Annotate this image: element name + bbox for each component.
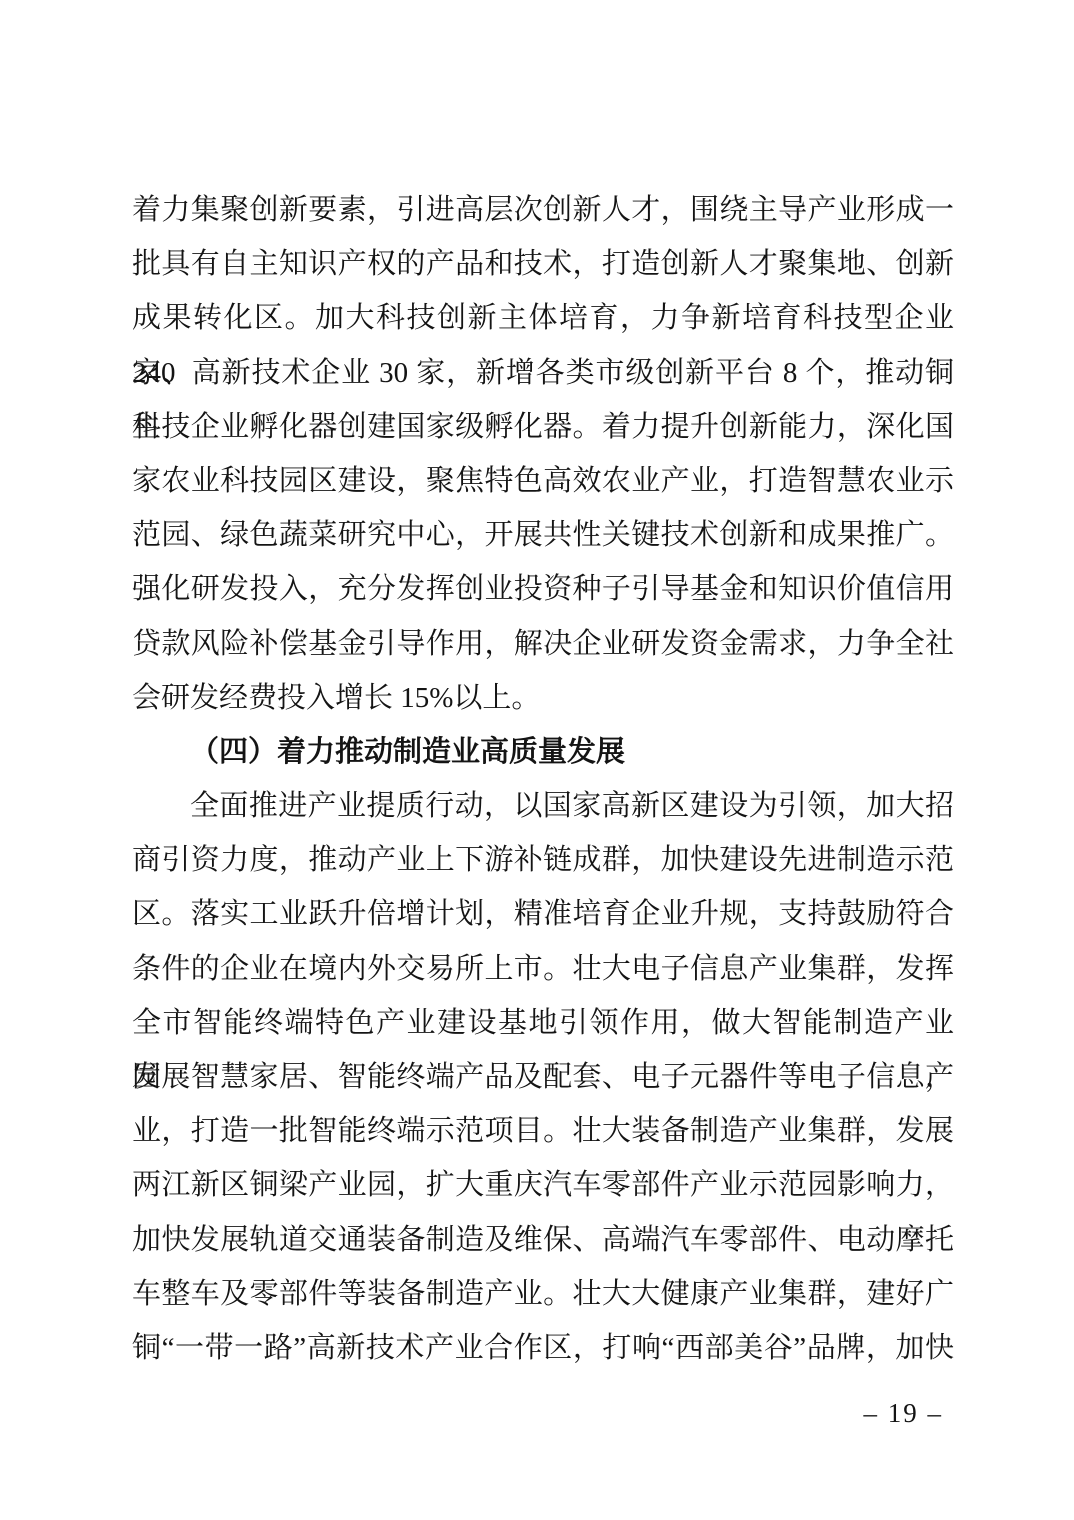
text-line: 着力集聚创新要素，引进高层次创新人才，围绕主导产业形成一 xyxy=(132,183,954,237)
text-line: 成果转化区。加大科技创新主体培育，力争新培育科技型企业 240 xyxy=(132,291,954,345)
text-line: 车整车及零部件等装备制造产业。壮大大健康产业集群，建好广 xyxy=(132,1267,954,1321)
text-line: 会研发经费投入增长 15%以上。 xyxy=(132,671,954,725)
document-page: 着力集聚创新要素，引进高层次创新人才，围绕主导产业形成一批具有自主知识产权的产品… xyxy=(0,0,1074,1520)
text-line: 商引资力度，推动产业上下游补链成群，加快建设先进制造示范 xyxy=(132,833,954,887)
text-line: 批具有自主知识产权的产品和技术，打造创新人才聚集地、创新 xyxy=(132,237,954,291)
text-line: 区。落实工业跃升倍增计划，精准培育企业升规，支持鼓励符合 xyxy=(132,887,954,941)
text-line: 条件的企业在境内外交易所上市。壮大电子信息产业集群，发挥 xyxy=(132,942,954,996)
text-line: 业，打造一批智能终端示范项目。壮大装备制造产业集群，发展 xyxy=(132,1104,954,1158)
text-line: 加快发展轨道交通装备制造及维保、高端汽车零部件、电动摩托 xyxy=(132,1213,954,1267)
text-line: 强化研发投入，充分发挥创业投资种子引导基金和知识价值信用 xyxy=(132,562,954,616)
text-line: 范园、绿色蔬菜研究中心，开展共性关键技术创新和成果推广。 xyxy=(132,508,954,562)
page-number: – 19 – xyxy=(864,1396,944,1430)
text-line: 全面推进产业提质行动，以国家高新区建设为引领，加大招 xyxy=(132,779,954,833)
text-line: 家、高新技术企业 30 家，新增各类市级创新平台 8 个，推动铜生 xyxy=(132,346,954,400)
text-line: 铜“一带一路”高新技术产业合作区，打响“西部美谷”品牌，加快 xyxy=(132,1321,954,1375)
text-line: 家农业科技园区建设，聚焦特色高效农业产业，打造智慧农业示 xyxy=(132,454,954,508)
text-line: 科技企业孵化器创建国家级孵化器。着力提升创新能力，深化国 xyxy=(132,400,954,454)
text-line: 两江新区铜梁产业园，扩大重庆汽车零部件产业示范园影响力， xyxy=(132,1158,954,1212)
section-heading: （四）着力推动制造业高质量发展 xyxy=(132,725,954,779)
text-line: 发展智慧家居、智能终端产品及配套、电子元器件等电子信息产 xyxy=(132,1050,954,1104)
body-text: 着力集聚创新要素，引进高层次创新人才，围绕主导产业形成一批具有自主知识产权的产品… xyxy=(132,183,954,1375)
text-line: 全市智能终端特色产业建设基地引领作用，做大智能制造产业园， xyxy=(132,996,954,1050)
text-line: 贷款风险补偿基金引导作用，解决企业研发资金需求，力争全社 xyxy=(132,617,954,671)
